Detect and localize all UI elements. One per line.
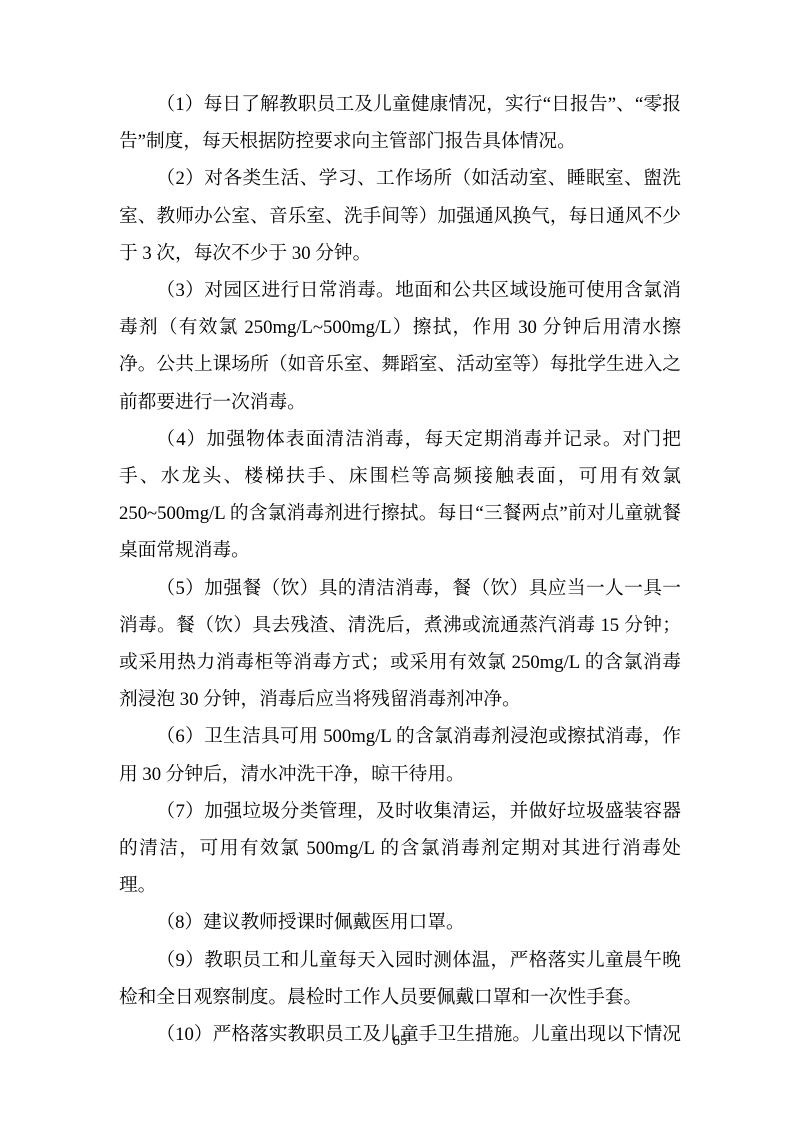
paragraph-3: （3）对园区进行日常消毒。地面和公共区域设施可使用含氯消毒剂（有效氯 250mg… <box>119 272 681 421</box>
paragraph-2: （2）对各类生活、学习、工作场所（如活动室、睡眠室、盥洗室、教师办公室、音乐室、… <box>119 160 681 272</box>
paragraph-4: （4）加强物体表面清洁消毒，每天定期消毒并记录。对门把手、水龙头、楼梯扶手、床围… <box>119 421 681 570</box>
page-footer: 65 <box>0 1030 800 1052</box>
paragraph-7: （7）加强垃圾分类管理，及时收集清运，并做好垃圾盛装容器的清洁，可用有效氯 50… <box>119 793 681 905</box>
paragraph-9: （9）教职员工和儿童每天入园时测体温，严格落实儿童晨午晚检和全日观察制度。晨检时… <box>119 942 681 1016</box>
document-page: （1）每日了解教职员工及儿童健康情况，实行“日报告”、“零报告”制度，每天根据防… <box>0 0 800 1131</box>
page-number: 65 <box>393 1033 408 1049</box>
paragraph-6: （6）卫生洁具可用 500mg/L 的含氯消毒剂浸泡或擦拭消毒，作用 30 分钟… <box>119 718 681 792</box>
paragraph-5: （5）加强餐（饮）具的清洁消毒，餐（饮）具应当一人一具一消毒。餐（饮）具去残渣、… <box>119 570 681 719</box>
document-body: （1）每日了解教职员工及儿童健康情况，实行“日报告”、“零报告”制度，每天根据防… <box>119 86 681 1053</box>
paragraph-1: （1）每日了解教职员工及儿童健康情况，实行“日报告”、“零报告”制度，每天根据防… <box>119 86 681 160</box>
paragraph-8: （8）建议教师授课时佩戴医用口罩。 <box>119 904 681 941</box>
